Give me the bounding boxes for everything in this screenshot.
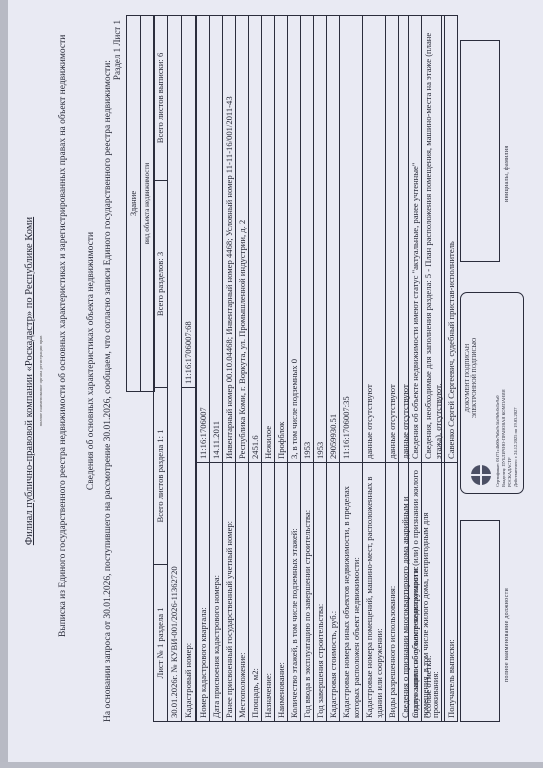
stamp-title: ДОКУМЕНТ ПОДПИСАН ЭЛЕКТРОННОЙ ПОДПИСЬЮ [465,303,479,453]
row-value: 14.11.2011 [210,16,223,463]
emblem-icon [471,465,491,485]
row-label: Виды разрешенного использования: [386,463,399,722]
document-title: Выписка из Единого государственного реес… [58,0,68,732]
stamp-owner: Владелец: ПУБЛИЧНО-ПРАВОВАЯ КОМПАНИЯ [501,389,506,487]
row-value: 1953 [314,16,327,463]
row-label: Ранее присвоенный государственный учетны… [223,463,236,722]
status-table: Статус записи об объекте недвижимости:Св… [408,15,458,722]
row-label: Наименование: [275,463,288,722]
row-value: данные отсутствуют [363,16,386,463]
sheet-number: Лист № 1 раздела 1 [154,565,168,722]
table-row: Кадастровая стоимость, руб.:29059930.51 [327,16,340,722]
cadastral-label: Кадастровый номер: [182,388,196,722]
rotated-page: Филиал публично-правовой компании «Роска… [8,0,543,762]
row-value: Савенко Сергей Сергеевич, судебный прист… [445,16,458,463]
row-label: Кадастровая стоимость, руб.: [327,463,340,722]
row-value: Сведения, необходимые для заполнения раз… [422,16,445,463]
row-value: 11:16:1706007:35 [340,16,363,463]
table-row: Площадь, м2:2451.6 [249,16,262,722]
table-row: Год ввода в эксплуатацию по завершении с… [301,16,314,722]
object-type: Здание [127,16,141,392]
table-row: Получатель выписки:Савенко Сергей Сергее… [445,16,458,722]
row-value: Инвентарный номер 00.10.04468; Инвентарн… [223,16,236,463]
section-sheet-label: Раздел 1 Лист 1 [112,20,122,80]
organization-name: Филиал публично-правовой компании «Роска… [24,0,35,762]
table-row: Ранее присвоенный государственный учетны… [223,16,236,722]
row-value: 29059930.51 [327,16,340,463]
sections-total: Всего разделов: 3 [154,181,168,388]
request-date-number: 30.01.2026г. № КУВИ-001/2026-11362720 [168,16,182,722]
table-row: Местоположение:Республика Коми, г. Ворку… [236,16,249,722]
characteristics-table: Номер кадастрового квартала:11:16:170600… [196,15,442,722]
row-value: 11:16:1706007 [197,16,210,463]
row-label: Год ввода в эксплуатацию по завершении с… [301,463,314,722]
table-row: Год завершения строительства:1953 [314,16,327,722]
table-row: Кадастровые номера помещений, машино-мес… [363,16,386,722]
row-label: Получатель выписки: [445,463,458,722]
request-basis: На основании запроса от 30.01.2026, пост… [103,22,113,722]
name-signature-field [460,40,500,262]
table-row: Количество этажей, в том числе подземных… [288,16,301,722]
row-label: Площадь, м2: [249,463,262,722]
organization-caption: полное наименование органа регистрации п… [38,0,43,762]
sheet-info-table: Лист № 1 раздела 1 Всего листов раздела … [153,15,196,722]
row-label: Количество этажей, в том числе подземных… [288,463,301,722]
scan-edge [0,762,543,768]
row-value: 3, в том числе подземных 0 [288,16,301,463]
row-value: Нежилое [262,16,275,463]
row-label: Назначение: [262,463,275,722]
table-row: Дата присвоения кадастрового номера:14.1… [210,16,223,722]
table-row: Наименование:Профблок [275,16,288,722]
position-signature-field [460,520,500,722]
sheets-in-section: Всего листов раздела 1: 1 [154,388,168,565]
table-row: Назначение:Нежилое [262,16,275,722]
document-subtitle: Сведения об основных характеристиках объ… [86,0,96,762]
row-label: Дата присвоения кадастрового номера: [210,463,223,722]
scanned-document-sheet: Филиал публично-правовой компании «Роска… [8,0,543,762]
row-value: Республика Коми, г. Воркута, ул. Промышл… [236,16,249,463]
cadastral-value: 11:16:1706007:68 [182,16,196,388]
row-value: Сведения об объекте недвижимости имеют с… [409,16,422,463]
row-label: Особые отметки: [422,463,445,722]
sheets-total: Всего листов выписки: 6 [154,16,168,181]
row-label: Год завершения строительства: [314,463,327,722]
object-type-table: Здание вид объекта недвижимости [126,15,155,392]
row-label: Кадастровые номера иных объектов недвижи… [340,463,363,722]
stamp-validity: Действителен: с 24.12.2025 по 19.03.2027 [513,407,518,487]
scan-edge [0,0,8,768]
row-label: Местоположение: [236,463,249,722]
table-row: Номер кадастрового квартала:11:16:170600… [197,16,210,722]
row-value: Профблок [275,16,288,463]
table-row: Кадастровые номера иных объектов недвижи… [340,16,363,722]
row-value: 2451.6 [249,16,262,463]
row-value: данные отсутствуют [386,16,399,463]
name-caption: инициалы, фамилия [504,146,510,202]
row-label: Статус записи об объекте недвижимости: [409,463,422,722]
table-row: Статус записи об объекте недвижимости:Св… [409,16,422,722]
electronic-signature-stamp: ДОКУМЕНТ ПОДПИСАН ЭЛЕКТРОННОЙ ПОДПИСЬЮ С… [460,292,524,494]
stamp-certificate: Сертификат: 01f71c4b00e7b0a9c5fa9b9c0d5e… [495,395,500,487]
table-row: Виды разрешенного использования:данные о… [386,16,399,722]
row-label: Кадастровые номера помещений, машино-мес… [363,463,386,722]
stamp-owner-org: РОСКАДАСТР [507,458,512,487]
table-row: Особые отметки:Сведения, необходимые для… [422,16,445,722]
row-label: Номер кадастрового квартала: [197,463,210,722]
row-value: 1953 [301,16,314,463]
position-caption: полное наименование должности [504,588,510,682]
